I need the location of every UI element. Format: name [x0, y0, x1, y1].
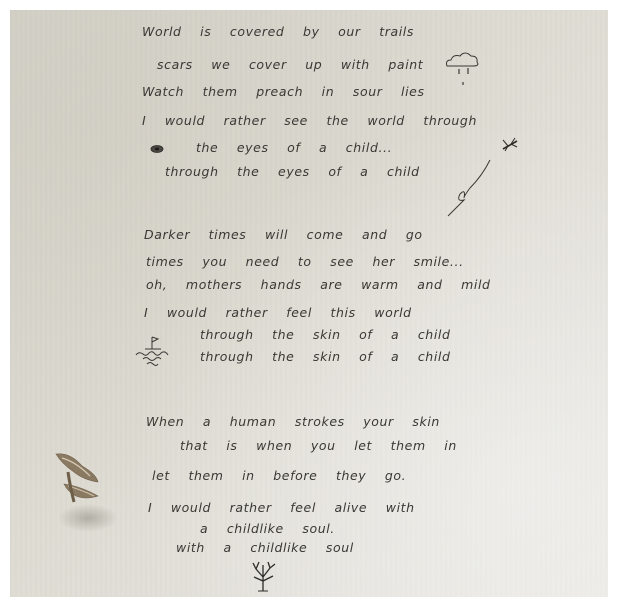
- lyric-line: through the eyes of a child: [165, 164, 420, 179]
- lyric-line: through the skin of a child: [200, 349, 451, 364]
- lyric-line: oh, mothers hands are warm and mild: [146, 277, 491, 292]
- lyric-line: that is when you let them in: [180, 438, 457, 453]
- lyric-line: scars we cover up with paint: [157, 57, 423, 72]
- lyric-line: I would rather see the world through: [142, 113, 477, 128]
- lyric-line: with a childlike soul: [176, 540, 354, 555]
- lyric-line: a childlike soul.: [200, 521, 335, 536]
- lyric-line: I would rather feel this world: [144, 305, 412, 320]
- eye-icon: [149, 143, 165, 155]
- lyric-line: times you need to see her smile...: [146, 254, 464, 269]
- tree-icon: [248, 559, 278, 593]
- lyric-line: Darker times will come and go: [144, 227, 423, 242]
- boat-icon: [133, 333, 173, 373]
- lyric-line: When a human strokes your skin: [146, 414, 440, 429]
- lyric-line: through the skin of a child: [200, 327, 451, 342]
- lyric-line: Watch them preach in sour lies: [142, 84, 425, 99]
- dragonfly-icon: [499, 137, 521, 153]
- lyric-line: the eyes of a child...: [196, 140, 392, 155]
- lyric-line: World is covered by our trails: [142, 24, 414, 39]
- lyric-line: I would rather feel alive with: [148, 500, 415, 515]
- lyric-line: let them in before they go.: [152, 468, 406, 483]
- curly-line-icon: [444, 158, 494, 228]
- rain-cloud-icon: [443, 50, 483, 90]
- moth-icon: [40, 446, 130, 536]
